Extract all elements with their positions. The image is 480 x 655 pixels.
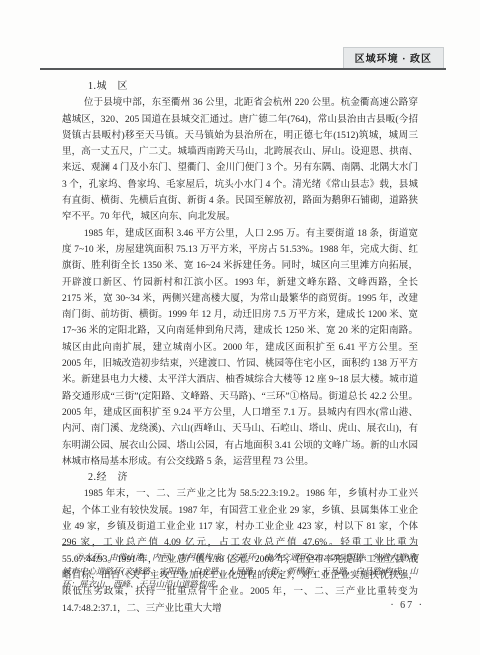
- footnote-text: ①水环：由常山港、内河、南门溪构成；交通环：由外交通环(320、205 国道、外…: [62, 551, 418, 592]
- paragraph-city-development: 1985 年，建成区面积 3.46 平方公里，人口 2.95 万。有主要街道 1…: [62, 226, 418, 470]
- page-content: 1.城 区 位于县境中部，东至衢州 36 公里，北距省会杭州 220 公里。杭金…: [62, 79, 418, 617]
- heading-economy: 2.经 济: [62, 470, 418, 486]
- footnote: ①水环：由常山港、内河、南门溪构成；交通环：由外交通环(320、205 国道、外…: [62, 545, 418, 592]
- book-page: 区域环境 · 政区 1.城 区 位于县境中部，东至衢州 36 公里，北距省会杭州…: [0, 0, 480, 655]
- paragraph-city-intro: 位于县境中部，东至衢州 36 公里，北距省会杭州 220 公里。杭金衢高速公路穿…: [62, 95, 418, 225]
- page-header: 区域环境 · 政区: [40, 49, 446, 70]
- heading-city-area: 1.城 区: [62, 79, 418, 95]
- page-number: · 67 ·: [390, 600, 424, 611]
- section-label: 区域环境 · 政区: [343, 47, 444, 68]
- footnote-rule: [62, 545, 418, 546]
